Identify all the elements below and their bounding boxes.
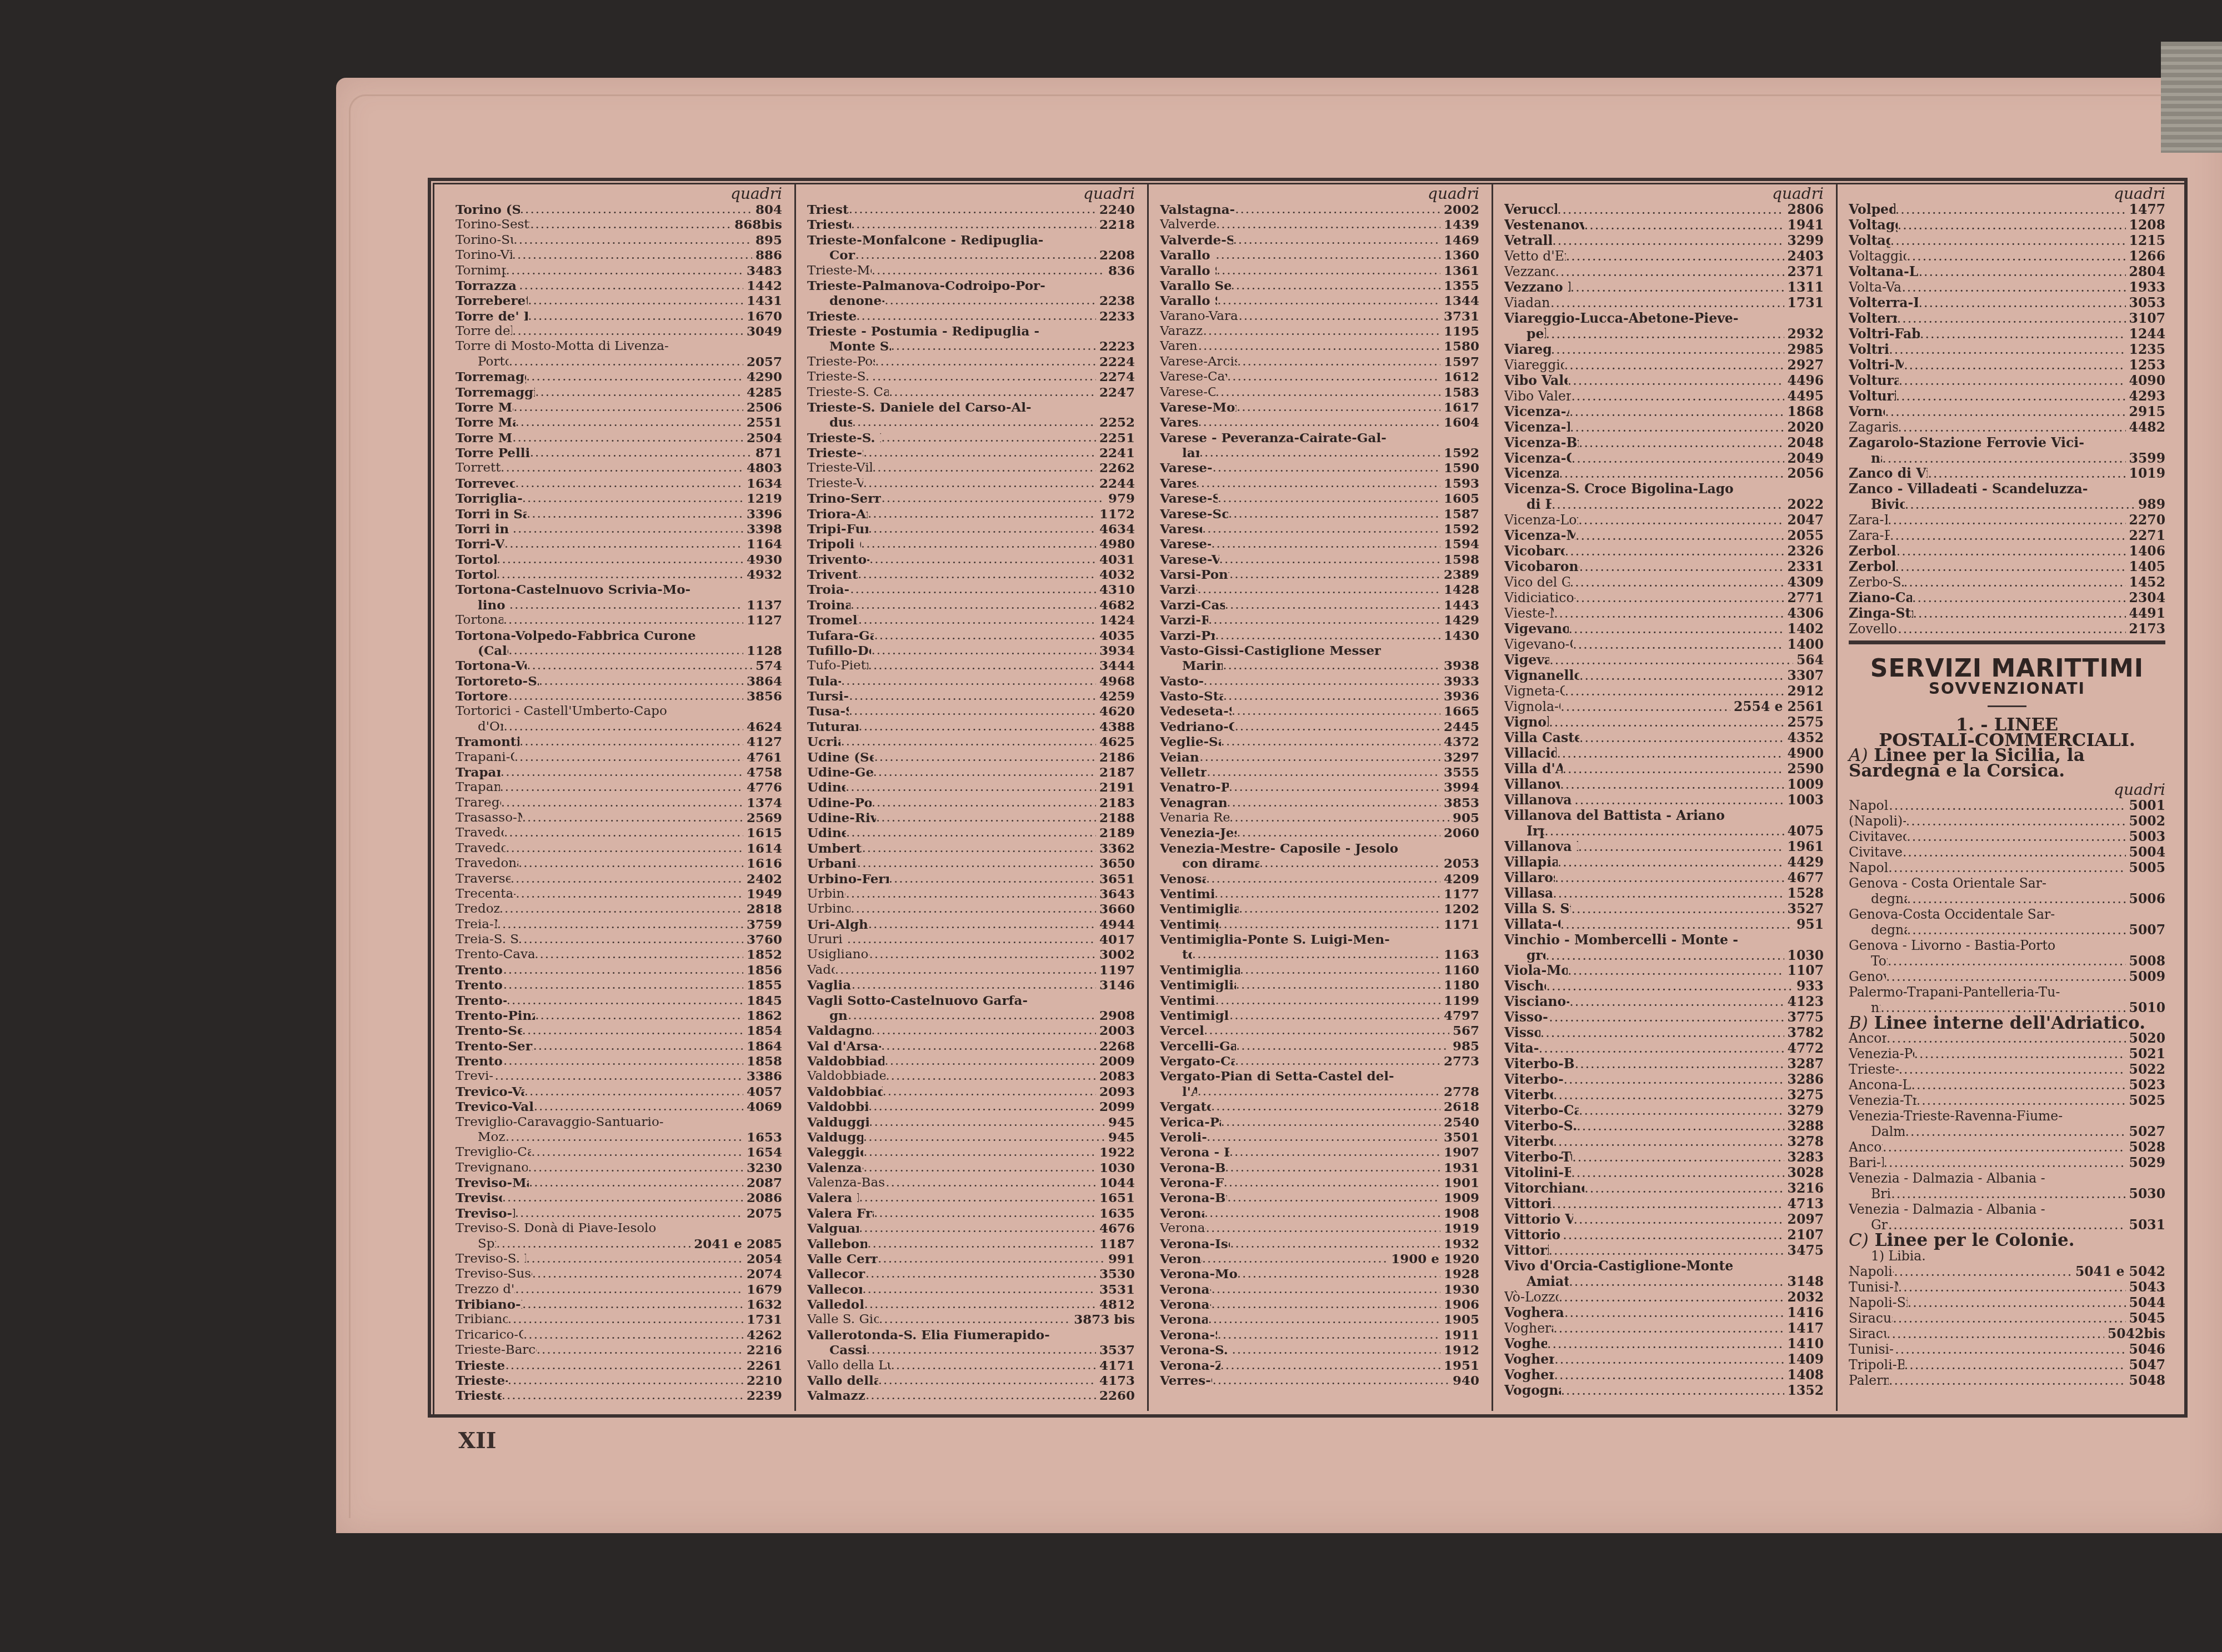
- table-reference-number: 1615: [743, 825, 782, 840]
- index-entry: Torino (Servizi Urbani)804: [456, 202, 782, 217]
- index-entry: Valduggia-Borgosesia945: [807, 1115, 1135, 1130]
- index-entry: Torre de' Busi-Calolziocorte1670: [456, 309, 782, 324]
- index-column-1: quadri Torino (Servizi Urbani)804Torino-…: [444, 183, 794, 1411]
- route-name: Voltaggio-Busalla: [1849, 218, 1898, 233]
- maritime-subtitle: SOVVENZIONATI: [1849, 681, 2165, 697]
- route-name: Tufara-Gambatesa-Motta: [807, 628, 874, 643]
- route-name: Valdobbiadene-Treviso: [807, 1099, 868, 1114]
- index-entry: Verona-Casaleone1919: [1160, 1221, 1479, 1236]
- dot-leader: [871, 643, 1096, 658]
- route-name: Voltri-Masone: [1849, 342, 1889, 358]
- dot-leader: [1920, 327, 2126, 342]
- table-reference-number: 3775: [1784, 1010, 1824, 1025]
- route-name: Vibo Valentia-Catanzaro: [1504, 373, 1568, 389]
- table-reference-number: 2274: [1096, 369, 1135, 384]
- route-name: Varzi-Pregola-Brallo: [1160, 628, 1215, 643]
- table-reference-number: 3537: [1096, 1343, 1135, 1358]
- dot-leader: [522, 1297, 743, 1312]
- table-reference-number: 2590: [1784, 762, 1824, 777]
- index-entry: Tricarico-Grassano Stazione4262: [456, 1328, 782, 1343]
- route-name: Verona-Isola Rizza-Minerbe: [1160, 1237, 1230, 1251]
- index-entry: Torrevecchia Pia-Lodi1634: [456, 476, 782, 491]
- route-name: Vignanello-Orte-Orte Stazione: [1504, 668, 1579, 684]
- route-name: Ventimiglia-S. Remo: [1160, 993, 1215, 1008]
- table-reference-number: 991: [1105, 1251, 1135, 1266]
- index-entry: Travedona-Cittiglio1614: [456, 841, 782, 856]
- route-name: Trieste-S. Antonio in Selva: [807, 369, 872, 384]
- table-reference-number: 1409: [1784, 1352, 1824, 1368]
- table-reference-number: 1634: [743, 476, 782, 491]
- route-name: Varese-Valle Olona: [1160, 537, 1211, 552]
- dot-leader: [1552, 1197, 1784, 1212]
- table-reference-number: 1868: [1784, 404, 1824, 420]
- index-entry: Verona-Erbezzo1908: [1160, 1206, 1479, 1221]
- table-reference-number: 5003: [2126, 829, 2165, 845]
- route-name: Tortona-Volpedo-Monleale: [456, 658, 527, 673]
- table-reference-number: 3299: [1784, 233, 1824, 249]
- route-name: Valverde-Pometo-Broni: [1160, 217, 1216, 232]
- route-name: Voghera-Vigevano: [1504, 1368, 1554, 1383]
- index-entry: Civitavecchia-Cagliari5004: [1849, 845, 2165, 860]
- table-reference-number: 2240: [1096, 202, 1135, 217]
- index-entry: Varsi-Ponte Fornovo-Parma2389: [1160, 567, 1479, 582]
- table-reference-number: 3530: [1096, 1266, 1135, 1281]
- route-name: Valle Cerrina-Crescentino: [807, 1251, 878, 1266]
- index-entry: Verona-Zevio-Albaredo1951: [1160, 1358, 1479, 1373]
- group-a-heading: A) Linee per la Sicilia, la Sardegna e l…: [1849, 748, 2165, 779]
- route-name: Vicenza-Gambellara: [1504, 466, 1559, 482]
- route-name: Vigneta-Casola-Fivizzano: [1504, 684, 1565, 699]
- table-reference-number: 886: [752, 248, 782, 263]
- index-entry: Vidiciatico-Madonna dell'Acero2771: [1504, 590, 1824, 606]
- dot-leader: [863, 445, 1096, 460]
- table-reference-number: 2371: [1784, 264, 1824, 280]
- route-name: Vico del Gargano-S. Menaio: [1504, 575, 1570, 590]
- route-name: Voghera - Molino Torti: [1504, 1305, 1564, 1321]
- route-name: Vicobarone-Castel S. Giovanni: [1504, 559, 1579, 575]
- route-name: Trapani-Castellammare: [456, 750, 514, 765]
- table-reference-number: 2270: [2126, 513, 2165, 528]
- route-name: Torre Pellice-Bobbio Pellice: [456, 445, 530, 460]
- table-reference-number: 4031: [1096, 552, 1135, 567]
- route-name: Valverde-S. Maria della Versa: [1160, 233, 1233, 248]
- dot-leader: [1886, 1326, 2104, 1342]
- table-reference-number: 4306: [1784, 606, 1824, 622]
- index-entry: Vasto-Stazione-Spiaggia3936: [1160, 689, 1479, 704]
- dot-leader: [872, 795, 1096, 810]
- table-reference-number: 1195: [1440, 324, 1479, 339]
- index-entry: Vignola-Pavullo2575: [1504, 715, 1824, 730]
- dot-leader: [1570, 420, 1784, 435]
- route-name: Zara-Puntamica: [1849, 528, 1890, 544]
- table-reference-number: 5028: [2126, 1140, 2165, 1155]
- table-reference-number: 4625: [1096, 734, 1135, 749]
- route-name: Vicenza-Montegalda-Padova: [1504, 528, 1575, 544]
- route-name: Tramonti-Maiori-Amalfi: [456, 734, 519, 749]
- index-entry: Visso-Camerino3775: [1504, 1010, 1824, 1025]
- table-reference-number: 5007: [2126, 923, 2165, 938]
- route-name: Tusa-Stazione: [807, 704, 849, 719]
- route-name: Trieste-Senosecchia: [807, 445, 863, 460]
- route-name: Vicenza-Brendola-S. Germano: [1504, 435, 1579, 451]
- route-name: Villanova d'Asti-Piea: [1504, 777, 1560, 793]
- route-name: Civitavecchia-Terranova: [1849, 829, 1906, 845]
- dot-leader: [1570, 575, 1784, 590]
- index-entry: Vicenza-Brendola-S. Germano2048: [1504, 435, 1824, 451]
- table-reference-number: 2252: [1096, 415, 1135, 430]
- index-entry: Usigliano-Lari-Pontedera3002: [807, 947, 1135, 962]
- table-reference-number: 2540: [1440, 1115, 1479, 1130]
- index-entry-first-line: Venezia - Dalmazia - Albania -: [1849, 1202, 2165, 1218]
- index-entry: Marino-Agnone3938: [1160, 658, 1479, 673]
- index-entry: Tredozio-Faenza2818: [456, 902, 782, 917]
- route-name-continuation: Marino-Agnone: [1182, 658, 1223, 673]
- dot-leader: [1198, 415, 1440, 430]
- table-reference-number: 1187: [1096, 1237, 1135, 1251]
- table-reference-number: 5041 e 5042: [2072, 1264, 2165, 1280]
- route-name: Treviso-Susegana-Vittorio Veneto: [456, 1266, 532, 1281]
- index-entry: Tunisi-Sfax-Tripoli5046: [1849, 1342, 2165, 1358]
- index-entry: Ventimiglia-Ponte S. Luigi (Nice)1160: [1160, 963, 1479, 978]
- index-entry: Travedona-Sesto Calende1616: [456, 856, 782, 871]
- route-name: Veroli-Frosinone: [1160, 1130, 1207, 1145]
- route-name: Usigliano-Lari-Pontedera: [807, 947, 869, 962]
- index-entry: Tuturano-Brindisi4388: [807, 719, 1135, 734]
- table-reference-number: 4812: [1096, 1297, 1135, 1312]
- route-name: Voltaggio - Pontedecimo: [1849, 249, 1906, 264]
- table-reference-number: 1590: [1440, 460, 1479, 475]
- index-entry: Torino-Sestriere e Torino-Claviere868bis: [456, 217, 782, 232]
- dot-leader: [1898, 420, 2125, 435]
- dot-leader: [513, 522, 743, 537]
- index-entry: Vittoria-Scoglitti4713: [1504, 1197, 1824, 1212]
- dot-leader: [1202, 1251, 1388, 1266]
- route-name: Siracusa-Bengasi: [1849, 1311, 1893, 1326]
- table-reference-number: 2927: [1784, 358, 1824, 373]
- route-name: Vidiciatico-Madonna dell'Acero: [1504, 590, 1575, 606]
- index-entry: Varzi-Romagnese1429: [1160, 613, 1479, 628]
- index-entry: Verona-Bussolengo-Lazise1909: [1160, 1190, 1479, 1205]
- dot-leader: [867, 1237, 1096, 1251]
- index-entry: Vittorio Veneto-Sacile2107: [1504, 1228, 1824, 1243]
- route-name: Viterbo-S. Martino al Cimino: [1504, 1119, 1577, 1134]
- dot-leader: [1908, 1295, 2126, 1311]
- table-reference-number: 3501: [1440, 1130, 1479, 1145]
- dot-leader: [1235, 202, 1440, 217]
- table-reference-number: 3396: [743, 507, 782, 522]
- index-entry: Udine-Varmo2189: [807, 825, 1135, 840]
- dot-leader: [1234, 719, 1440, 734]
- dot-leader: [1912, 590, 2126, 606]
- index-entry: Vignanello-Orte-Orte Stazione3307: [1504, 668, 1824, 684]
- table-reference-number: 4682: [1096, 598, 1135, 613]
- index-entry: Valle S. Giovanni-Bivio Frondarola3873 b…: [807, 1312, 1135, 1327]
- route-name: Tortona-Volpedo-Fabbrica Curone: [456, 628, 696, 643]
- dot-leader: [535, 1008, 743, 1023]
- dot-leader: [1240, 963, 1440, 978]
- table-reference-number: 2985: [1784, 342, 1824, 358]
- dot-leader: [874, 1206, 1096, 1221]
- route-name: Uri-Alghero-Maria Pia: [807, 917, 868, 932]
- table-reference-number: 4761: [743, 750, 782, 765]
- index-entry: Troia-Stazione4310: [807, 582, 1135, 597]
- dot-leader: [1897, 311, 2126, 327]
- dot-leader: [1207, 1130, 1440, 1145]
- dot-leader: [1550, 296, 1784, 311]
- route-name: Tricarico-Grassano Stazione: [456, 1328, 523, 1343]
- route-name-continuation: (Caldirola): [478, 643, 508, 658]
- table-reference-number: 2569: [743, 810, 782, 825]
- index-entry: Vasto-Lanciano3933: [1160, 674, 1479, 689]
- index-entry-first-line: Treviglio-Caravaggio-Santuario-: [456, 1115, 782, 1130]
- dot-leader: [1204, 1206, 1440, 1221]
- route-name: Vicenza-Asiago-Lavarone: [1504, 404, 1569, 420]
- dot-leader: [1204, 1023, 1449, 1038]
- table-reference-number: 3278: [1784, 1134, 1824, 1150]
- dot-leader: [512, 430, 743, 445]
- index-entry: Vedriano-Ciano d'Enza-S. Polo2445: [1160, 719, 1479, 734]
- index-entry: Velletri-Stazione3555: [1160, 765, 1479, 780]
- table-reference-number: 567: [1449, 1023, 1479, 1038]
- index-entry: Trivento-Stazione4032: [807, 567, 1135, 582]
- index-entry: Trieste-Postumia RR. Grotte2224: [807, 354, 1135, 369]
- table-reference-number: 2223: [1096, 339, 1135, 354]
- table-reference-number: 1864: [743, 1039, 782, 1054]
- table-reference-number: 4285: [743, 385, 782, 400]
- table-reference-number: 2054: [743, 1251, 782, 1266]
- route-name: Valdagno-Castelvecchio: [807, 1023, 871, 1038]
- route-name: Napoli-Palermo: [1849, 798, 1889, 814]
- table-reference-number: 1651: [1096, 1190, 1135, 1205]
- route-name: Viareggio-Lucca-Abetone-Pieve-: [1504, 311, 1739, 327]
- route-name: Zanco di Villadeati-Castell'Alfero: [1849, 466, 1928, 482]
- dot-leader: [1553, 886, 1784, 902]
- route-name: Varsi-Ponte Fornovo-Parma: [1160, 567, 1229, 582]
- index-entry: Venagrande-Ascoli Piceno3853: [1160, 795, 1479, 810]
- index-entry: Trento-Zambana1858: [456, 1054, 782, 1069]
- index-entry: Vitolini-Empoli-Castellina3028: [1504, 1165, 1824, 1181]
- index-entry: Verona-S. Giovanni Lupatoto1912: [1160, 1343, 1479, 1358]
- route-name: Vicenza-Camisano-Padova: [1504, 451, 1572, 467]
- route-name: Varallo Sesia-Alagna: [1160, 248, 1215, 263]
- index-entry: Valdobbiadene-Cison di Valmarino2083: [807, 1069, 1135, 1084]
- index-entry-first-line: Palermo-Trapani-Pantelleria-Tu-: [1849, 985, 2165, 1000]
- dot-leader: [1560, 917, 1793, 933]
- dot-leader: [1579, 668, 1784, 684]
- index-entry: Varallo Sesia-Rimasco-Rima1355: [1160, 278, 1479, 293]
- route-name: Verona-S. Anna Fosse: [1160, 1328, 1217, 1343]
- table-reference-number: 4803: [743, 460, 782, 475]
- index-entry: Civitavecchia-Terranova5003: [1849, 829, 2165, 845]
- table-reference-number: 3002: [1096, 947, 1135, 962]
- index-entry-first-line: Villanova del Battista - Ariano: [1504, 808, 1824, 824]
- route-name: Tortolì-Talana: [456, 567, 496, 582]
- index-entry: Tripi-Furnari Stazione4634: [807, 522, 1135, 537]
- group-c-heading: C) Linee per le Colonie.: [1849, 1233, 2165, 1249]
- dot-leader: [884, 1054, 1096, 1069]
- dot-leader: [878, 1373, 1096, 1388]
- route-name: Varazze-Sassello: [1160, 324, 1203, 339]
- index-entry: Valmazzinghi-Albona2260: [807, 1388, 1135, 1403]
- index-entry: Tusa-Stazione4620: [807, 704, 1135, 719]
- index-entry: Napoli-Siracusa-Bengasi5044: [1849, 1295, 2165, 1311]
- route-name: Vieste-Manfredonia: [1504, 606, 1554, 622]
- route-name: Trieste-Pola-Ancona: [1849, 1062, 1899, 1078]
- route-name: Volterra-Stazione: [1849, 311, 1897, 327]
- route-name: Villata-Cascine Stra: [1504, 917, 1560, 933]
- dot-leader: [1904, 358, 2125, 373]
- table-reference-number: 1417: [1784, 1321, 1824, 1336]
- dot-leader: [509, 598, 743, 613]
- table-reference-number: 1430: [1440, 628, 1479, 643]
- dot-leader: [506, 841, 743, 856]
- route-name: Tribiano-Mulazzano-Lodi: [456, 1297, 522, 1312]
- route-name: Urbino-Fermignano-Fano-Pesaro: [807, 872, 889, 887]
- table-reference-number: 2915: [2126, 404, 2165, 420]
- dot-leader: [497, 917, 743, 932]
- index-entry: Tortolì-Talana4932: [456, 567, 782, 582]
- table-reference-number: 940: [1449, 1373, 1479, 1388]
- dot-leader: [1890, 528, 2126, 544]
- dot-leader: [1208, 613, 1440, 628]
- index-entry: Trarego-Cannero1374: [456, 795, 782, 810]
- index-entry: Vercelli-Gattinara-Borgosesia985: [1160, 1039, 1479, 1054]
- dot-leader: [1259, 856, 1440, 871]
- route-name: Viola-Mombasiglio-Ceva: [1504, 963, 1568, 979]
- index-entry: Tortolì-Orosei4930: [456, 552, 782, 567]
- index-entry: Trento-Cavedine1856: [456, 963, 782, 978]
- dot-leader: [845, 887, 1096, 902]
- table-reference-number: 3283: [1784, 1150, 1824, 1165]
- table-reference-number: 2053: [1440, 856, 1479, 871]
- index-entry: Vieste-Manfredonia4306: [1504, 606, 1824, 622]
- index-entry: Trento-Serraia di Pinè-Bedollo1864: [456, 1039, 782, 1054]
- table-reference-number: 2244: [1096, 476, 1135, 491]
- table-reference-number: 4173: [1096, 1373, 1135, 1388]
- dot-leader: [1570, 280, 1784, 296]
- index-entry: Venezia-Jesolo-S. Donà di Piave2060: [1160, 825, 1479, 840]
- dot-leader: [878, 1251, 1105, 1266]
- dot-leader: [866, 1343, 1096, 1358]
- route-name: Verona-Erbezzo: [1160, 1206, 1204, 1221]
- index-entry: Verona-Isola Rizza-Minerbe1932: [1160, 1237, 1479, 1251]
- index-entry-first-line: Zagarolo-Stazione Ferrovie Vici-: [1849, 435, 2165, 451]
- dot-leader: [863, 1145, 1096, 1160]
- table-reference-number: 1477: [2126, 202, 2165, 218]
- index-entry: Vò-Lozzo Atesino-Este2032: [1504, 1290, 1824, 1305]
- dot-leader: [1235, 1054, 1440, 1069]
- table-reference-number: 3938: [1440, 658, 1479, 673]
- table-reference-number: 989: [2135, 497, 2165, 513]
- dot-leader: [1216, 217, 1440, 232]
- table-reference-number: 1219: [743, 491, 782, 506]
- dot-leader: [1228, 507, 1440, 522]
- index-entry: Valle Cerrina-Crescentino991: [807, 1251, 1135, 1266]
- index-entry: Visciano-Comiziano-Nola4123: [1504, 994, 1824, 1010]
- dot-leader: [889, 872, 1096, 887]
- dot-leader: [869, 947, 1096, 962]
- dot-leader: [522, 810, 743, 825]
- index-entry: Verona-S. Anna Fosse1911: [1160, 1328, 1479, 1343]
- index-entry: Tunisi-Malta-Tripoli5043: [1849, 1280, 2165, 1295]
- dot-leader: [1547, 1336, 1784, 1352]
- index-entry: Zara-Babindub2270: [1849, 513, 2165, 528]
- table-reference-number: 2238: [1096, 293, 1135, 308]
- dot-leader: [1198, 339, 1440, 354]
- dot-leader: [1215, 628, 1440, 643]
- index-column-3: quadri Valstagna-Bassano del Grappa2002V…: [1147, 183, 1492, 1411]
- route-name: Torino-Superga-Chieri: [456, 233, 513, 248]
- dot-leader: [1217, 293, 1440, 308]
- table-reference-number: 1244: [2126, 327, 2165, 342]
- route-name: Valera Fratta-Lodi: [807, 1190, 859, 1205]
- route-name: Vitolini-Empoli-Castellina: [1504, 1165, 1571, 1181]
- table-reference-number: 2389: [1440, 567, 1479, 582]
- dot-leader: [1229, 1008, 1440, 1023]
- route-name: Trapani-Palermo: [456, 780, 500, 795]
- table-reference-number: 2210: [743, 1373, 782, 1388]
- dot-leader: [1552, 233, 1784, 249]
- route-name-continuation: Torres: [1871, 954, 1888, 969]
- table-reference-number: 4017: [1096, 932, 1135, 947]
- route-name: Venaria Reale-Cafasse-Lanzo: [1160, 810, 1229, 825]
- dot-leader: [863, 476, 1096, 491]
- index-entry: Ventimiglia-S. Remo1199: [1160, 993, 1479, 1008]
- route-name: Genova - Livorno - Bastia-Porto: [1849, 938, 2055, 953]
- route-name: Torino-Sestriere e Torino-Claviere: [456, 217, 530, 232]
- index-entry: Venatro-Piedimonte d'Alife3994: [1160, 780, 1479, 795]
- dot-leader: [1554, 1368, 1784, 1383]
- route-name: Viadana-Brescello: [1504, 296, 1550, 311]
- table-reference-number: 2216: [743, 1343, 782, 1358]
- route-name: Vigevano-Mede: [1504, 653, 1549, 668]
- route-name: Volturino-Lucera: [1849, 389, 1896, 404]
- dot-leader: [845, 780, 1096, 795]
- table-reference-number: 2060: [1440, 825, 1479, 840]
- index-entry: Tursi-Policoro4259: [807, 689, 1135, 704]
- dot-leader: [503, 613, 743, 628]
- dot-leader: [1889, 342, 2125, 358]
- index-entry: Verona-Fumane-Breonio1901: [1160, 1175, 1479, 1190]
- index-entry: Vallo della Lucania-Laurito4173: [807, 1373, 1135, 1388]
- dot-leader: [1199, 445, 1440, 460]
- dot-leader: [504, 537, 743, 552]
- table-reference-number: 4930: [743, 552, 782, 567]
- index-entry-first-line: Trieste - Postumia - Redipuglia -: [807, 324, 1135, 339]
- table-reference-number: 4980: [1096, 537, 1135, 552]
- route-name: Verona-Zevio-Albaredo: [1160, 1358, 1220, 1373]
- route-name: Urbino-Stazione: [807, 902, 850, 917]
- dot-leader: [1895, 559, 2125, 575]
- index-entry: Udine-Rivignano-Latisana2188: [807, 810, 1135, 825]
- index-entry: Villanova d'Asti-S. Damiano1003: [1504, 793, 1824, 808]
- table-reference-number: 1128: [743, 643, 782, 658]
- table-reference-number: 2075: [743, 1206, 782, 1221]
- index-entry: Valdobbiadene-Montebelluna2093: [807, 1084, 1135, 1099]
- index-entry: Trieste-S. Antonio in Selva2274: [807, 369, 1135, 384]
- index-entry: Trieste-Postumia2233: [807, 309, 1135, 324]
- dot-leader: [869, 1115, 1105, 1130]
- route-name-continuation: Dalmazia-Bari: [1871, 1124, 1905, 1140]
- index-entry-first-line: Ventimiglia-Ponte S. Luigi-Men-: [1160, 932, 1479, 947]
- table-reference-number: 1617: [1440, 400, 1479, 415]
- group-a-title: Linee per la Sicilia, la Sardegna e la C…: [1849, 745, 2085, 781]
- index-entry: Valeggio-Villafranca1922: [807, 1145, 1135, 1160]
- route-name: Zagarise-Catanzaro: [1849, 420, 1898, 435]
- dot-leader: [527, 507, 743, 522]
- dot-leader: [1563, 1228, 1784, 1243]
- dot-leader: [1211, 537, 1440, 552]
